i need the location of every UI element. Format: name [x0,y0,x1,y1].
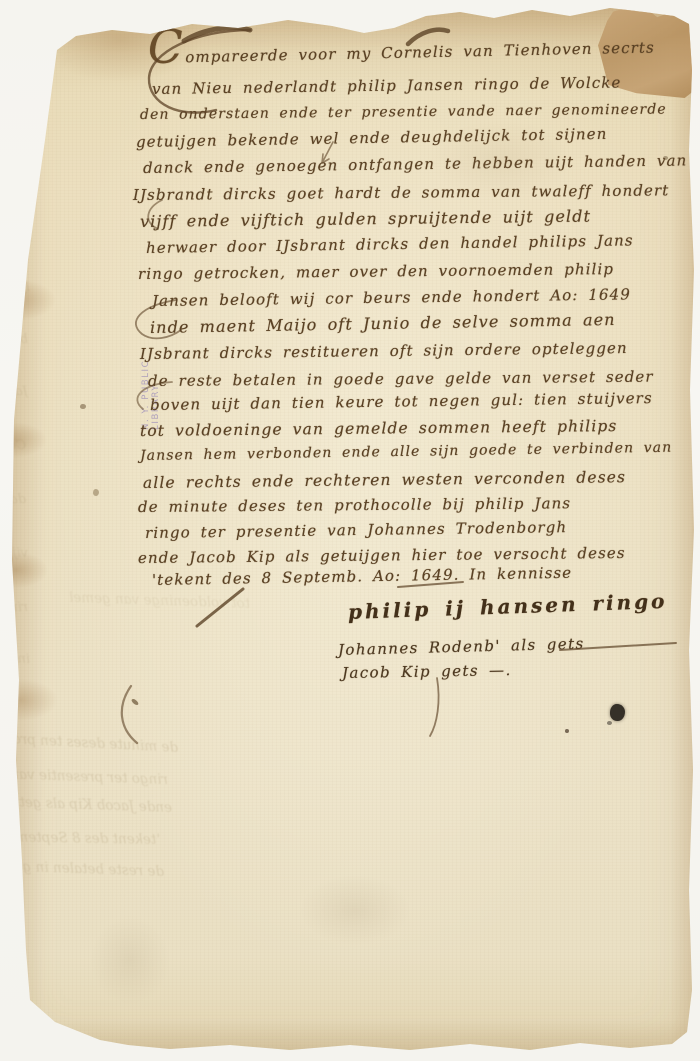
flourish-curl-left-2 [137,382,172,409]
scanned-manuscript: den onderstaen ende ter presentie vande … [0,0,700,1061]
flourish-signature-dash [560,643,676,650]
bleedthrough-text: Jansen belooft wij cor beurs ende honder… [0,225,32,243]
flourish-curl-left-3 [148,200,162,229]
flourish-descender [430,678,439,736]
ink-flourishes [0,0,700,1061]
flourish-date-underline [398,582,463,587]
bleedthrough-text: IJsbrandt dircks goet hardt de somma van… [0,126,36,143]
flourish-curl-left-1 [136,300,181,338]
bleedthrough-text: herwaer door IJsbrant dircks den handel … [0,178,34,195]
manuscript-page: den onderstaen ende ter presentie vande … [0,0,700,1061]
flourish-curve-bottom-left [122,686,137,743]
flourish-comma [408,30,448,44]
bleedthrough-text: den onderstaen ende ter presentie vande … [0,78,36,97]
flourish-arrow [322,142,333,163]
flourish-slash [197,589,243,626]
flourish-initial-tail [149,30,250,113]
